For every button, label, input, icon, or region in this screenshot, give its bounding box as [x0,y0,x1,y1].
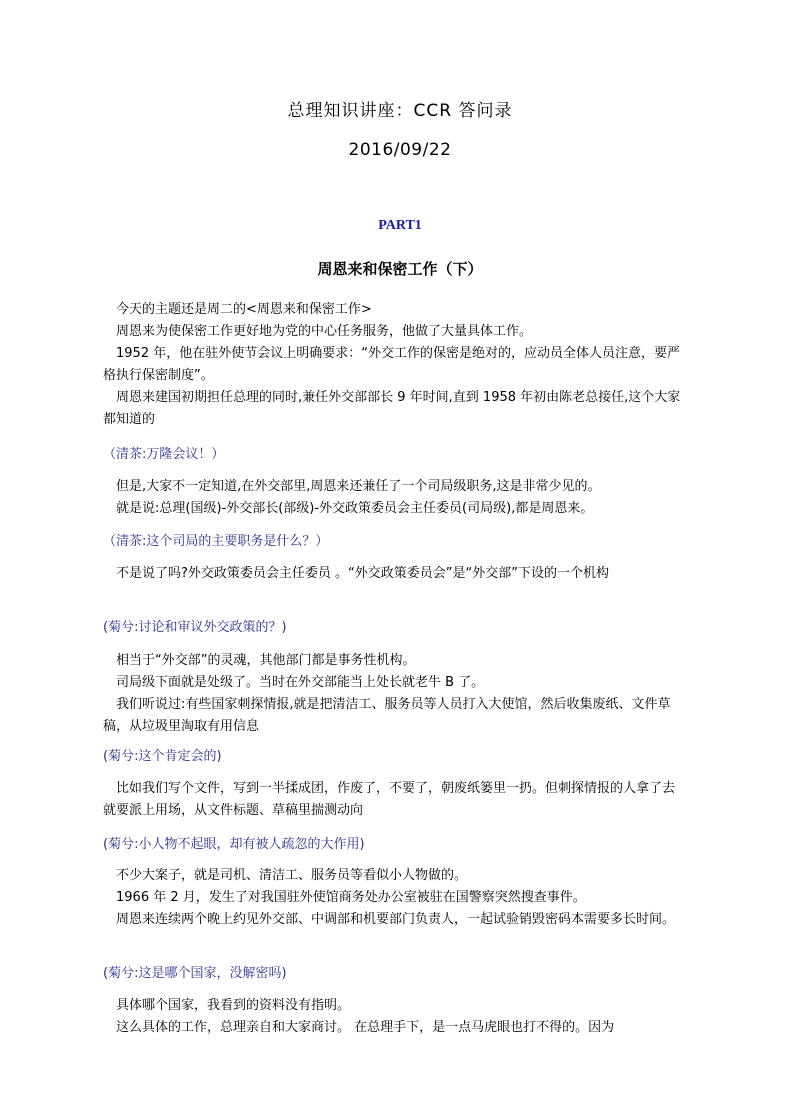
paragraph: 周恩来建国初期担任总理的同时,兼任外交部部长 9 年时间,直到 1958 年初由… [103,387,683,431]
paragraph: 这么具体的工作，总理亲自和大家商讨。 在总理手下，是一点马虎眼也打不得的。因为 [103,1017,683,1039]
paragraph: 1952 年，他在驻外使节会议上明确要求：“外交工作的保密是绝对的，应动员全体人… [103,343,683,387]
document-page: 总理知识讲座：CCR 答问录 2016/09/22 PART1 周恩来和保密工作… [0,0,800,1100]
section-title: 周恩来和保密工作（下） [0,258,800,279]
body-block: 具体哪个国家，我看到的资料没有指明。 这么具体的工作，总理亲自和大家商讨。 在总… [103,995,683,1039]
paragraph: 但是,大家不一定知道,在外交部里,周恩来还兼任了一个司局级职务,这是非常少见的。 [103,476,683,498]
body-block: 比如我们写个文件，写到一半揉成团，作废了，不要了，朝废纸篓里一扔。但刺探情报的人… [103,778,683,822]
paragraph: 我们听说过:有些国家刺探情报,就是把清洁工、服务员等人员打入大使馆，然后收集废纸… [103,694,683,738]
paragraph: 相当于“外交部”的灵魂，其他部门都是事务性机构。 [103,650,683,672]
paragraph: 周恩来连续两个晚上约见外交部、中调部和机要部门负责人，一起试验销毁密码本需要多长… [103,909,683,931]
reader-comment: (菊兮:讨论和审议外交政策的？) [103,617,287,639]
reader-comment: (菊兮:这个肯定会的) [103,746,222,768]
paragraph: 今天的主题还是周二的<周恩来和保密工作> [103,299,683,321]
paragraph: 不是说了吗?外交政策委员会主任委员 。“外交政策委员会”是“外交部”下设的一个机… [103,563,683,585]
paragraph: 不少大案子，就是司机、清洁工、服务员等看似小人物做的。 [103,865,683,887]
part-label: PART1 [0,218,800,234]
body-block: 但是,大家不一定知道,在外交部里,周恩来还兼任了一个司局级职务,这是非常少见的。… [103,476,683,520]
body-block: 今天的主题还是周二的<周恩来和保密工作> 周恩来为使保密工作更好地为党的中心任务… [103,299,683,431]
reader-comment: （清茶:这个司局的主要职务是什么？） [103,531,328,553]
body-block: 不是说了吗?外交政策委员会主任委员 。“外交政策委员会”是“外交部”下设的一个机… [103,563,683,585]
reader-comment: (菊兮:小人物不起眼，却有被人疏忽的大作用) [103,834,365,856]
document-title: 总理知识讲座：CCR 答问录 [0,96,800,121]
body-block: 不少大案子，就是司机、清洁工、服务员等看似小人物做的。 1966 年 2 月，发… [103,865,683,931]
paragraph: 具体哪个国家，我看到的资料没有指明。 [103,995,683,1017]
paragraph: 比如我们写个文件，写到一半揉成团，作废了，不要了，朝废纸篓里一扔。但刺探情报的人… [103,778,683,822]
paragraph: 1966 年 2 月，发生了对我国驻外使馆商务处办公室被驻在国警察突然搜查事件。 [103,887,683,909]
paragraph: 周恩来为使保密工作更好地为党的中心任务服务，他做了大量具体工作。 [103,321,683,343]
document-date: 2016/09/22 [0,140,800,160]
reader-comment: (菊兮:这是哪个国家，没解密吗) [103,963,287,985]
paragraph: 司局级下面就是处级了。当时在外交部能当上处长就老牛 B 了。 [103,672,683,694]
reader-comment: （清茶:万隆会议！） [103,444,224,466]
body-block: 相当于“外交部”的灵魂，其他部门都是事务性机构。 司局级下面就是处级了。当时在外… [103,650,683,738]
paragraph: 就是说:总理(国级)-外交部长(部级)-外交政策委员会主任委员(司局级),都是周… [103,498,683,520]
